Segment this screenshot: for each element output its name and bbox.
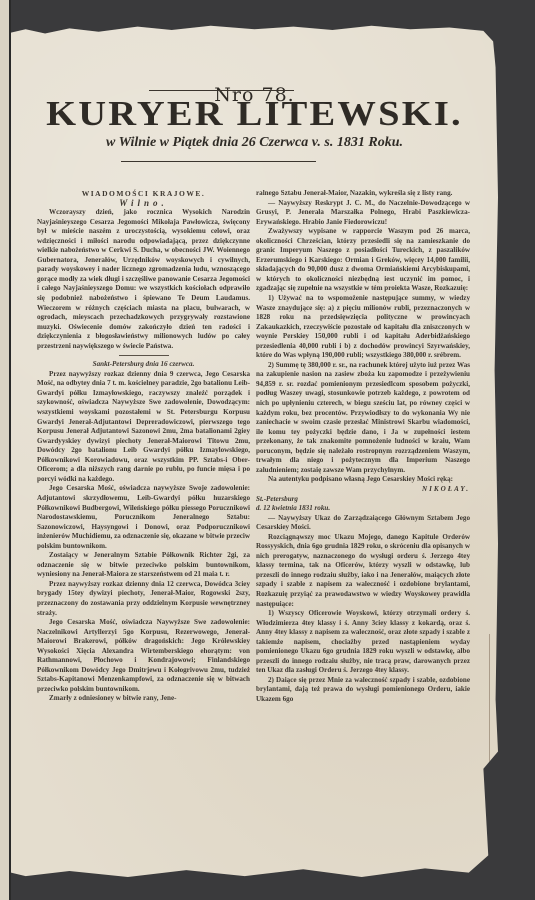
article-paragraph: Na autentyku podpisano własną Jego Cesar… (256, 475, 470, 485)
city-heading: Wilno. (37, 199, 250, 209)
article-paragraph: 1) Wszyscy Oficerowie Woyskowi, którzy o… (256, 609, 470, 676)
divider (149, 90, 294, 91)
sign-date: d. 12 kwietnia 1831 roku. (256, 504, 470, 514)
newspaper-page: Nro 78. KURYER LITEWSKI. w Wilnie w Piąt… (11, 24, 498, 890)
article-paragraph: Przez naywyższy rozkaz dzienny dnia 9 cz… (37, 370, 250, 485)
article-paragraph: Wczorayszy dzień, jako rocznica Wysokich… (37, 208, 250, 351)
article-paragraph: — Naywyższy Ukaz do Zarządzaiącego Główn… (256, 514, 470, 533)
right-column: ralnego Sztabu Jenerał-Maior, Nazakin, w… (256, 189, 470, 705)
divider (119, 355, 169, 356)
city-heading: Sankt-Petersburg dnia 16 czerwca. (37, 360, 250, 370)
signature: NIKOŁAY. (256, 485, 470, 495)
left-column: WIADOMOŚCI KRAJOWE. Wilno. Wczorayszy dz… (37, 189, 250, 704)
article-paragraph: 1) Używać na to wspomożenie następujące … (256, 294, 470, 361)
dateline: w Wilnie w Piątek dnia 26 Czerwca v. s. … (11, 135, 498, 151)
article-paragraph: Zważywszy wypisane w rapporcie Waszym po… (256, 227, 470, 294)
article-paragraph: Przez naywyższy rozkaz dzienny dnia 12 c… (37, 580, 250, 618)
article-paragraph: Zostaiący w Jeneralnym Sztabie Półkownik… (37, 551, 250, 580)
article-paragraph: — Naywyższy Reskrypt J. C. M., do Naczel… (256, 199, 470, 228)
sign-place: St.-Petersburg (256, 495, 470, 505)
article-paragraph: Jego Cesarska Mość, oświadcza Naywyższe … (37, 618, 250, 694)
divider (121, 161, 316, 162)
article-paragraph: ralnego Sztabu Jenerał-Maior, Nazakin, w… (256, 189, 470, 199)
article-paragraph: Zmarły z odniesioney w bitwie rany, Jene… (37, 694, 250, 704)
newspaper-title: KURYER LITEWSKI. (0, 94, 522, 134)
adjacent-page-edge (0, 0, 11, 900)
article-paragraph: 2) Daiące się przez Mnie za waleczność s… (256, 676, 470, 705)
paper-crease (489, 634, 493, 864)
article-paragraph: 2) Summę tę 380,000 r. sr., na rachunek … (256, 361, 470, 476)
article-paragraph: Rozciągnąwszy moc Ukazu Mojego, danego K… (256, 533, 470, 609)
article-paragraph: Jego Cesarska Mość, oświadcza naywyższe … (37, 484, 250, 551)
